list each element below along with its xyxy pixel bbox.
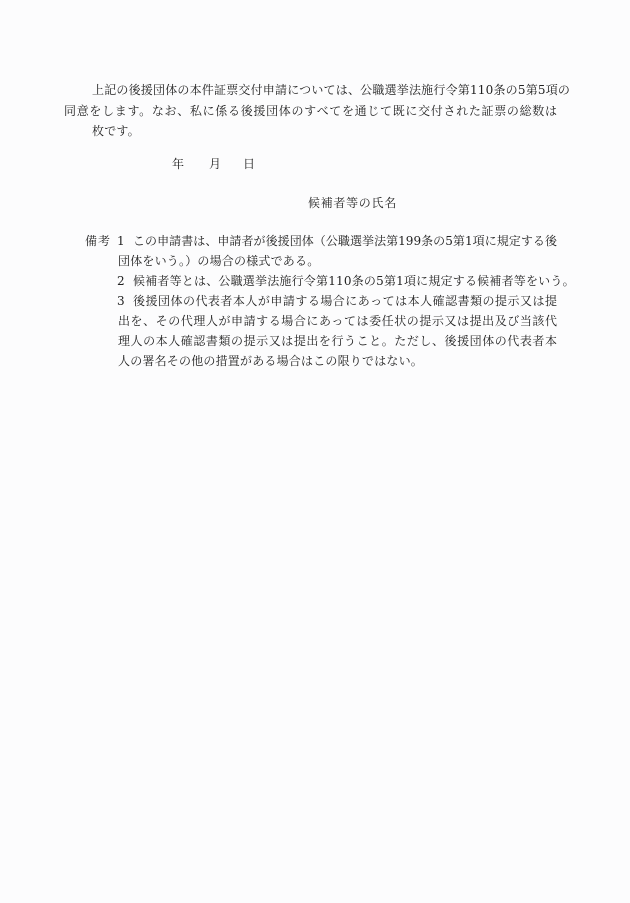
remarks-item-3-line-3: 理人の本人確認書類の提示又は提出を行うこと。ただし、後援団体の代表者本: [118, 334, 557, 350]
date-year-label: 年: [172, 157, 184, 172]
date-day-label: 日: [243, 157, 255, 172]
remarks-item-3-number: 3: [117, 294, 125, 309]
candidate-name-label: 候補者等の氏名: [308, 196, 397, 211]
consent-paragraph-line-1: 上記の後援団体の本件証票交付申請については、公職選挙法施行令第110条の5第5項…: [92, 83, 570, 98]
remarks-item-2-number: 2: [117, 274, 125, 289]
issued-count-blank-field: [64, 122, 90, 137]
remarks-item-1-line-1: この申請書は、申請者が後援団体（公職選挙法第199条の5第1項に規定する後援: [133, 234, 557, 250]
remarks-item-1-number: 1: [117, 234, 125, 249]
document-page: 上記の後援団体の本件証票交付申請については、公職選挙法施行令第110条の5第5項…: [0, 0, 630, 903]
remarks-item-2-line-1: 候補者等とは、公職選挙法施行令第110条の5第1項に規定する候補者等をいう。: [133, 274, 575, 289]
remarks-item-3-line-4: 人の署名その他の措置がある場合はこの限りではない。: [118, 354, 423, 369]
remarks-item-3-line-1: 後援団体の代表者本人が申請する場合にあっては本人確認書類の提示又は提: [133, 294, 557, 310]
remarks-heading: 備考: [85, 234, 111, 249]
consent-paragraph-line-2: 同意をします。なお、私に係る後援団体のすべてを通じて既に交付された証票の総数は: [64, 104, 557, 120]
date-month-label: 月: [209, 157, 221, 172]
remarks-item-3-line-2: 出を、その代理人が申請する場合にあっては委任状の提示又は提出及び当該代: [118, 314, 557, 330]
consent-paragraph-line-3: 枚です。: [92, 124, 140, 139]
remarks-item-1-line-2: 団体をいう。）の場合の様式である。: [118, 254, 319, 269]
